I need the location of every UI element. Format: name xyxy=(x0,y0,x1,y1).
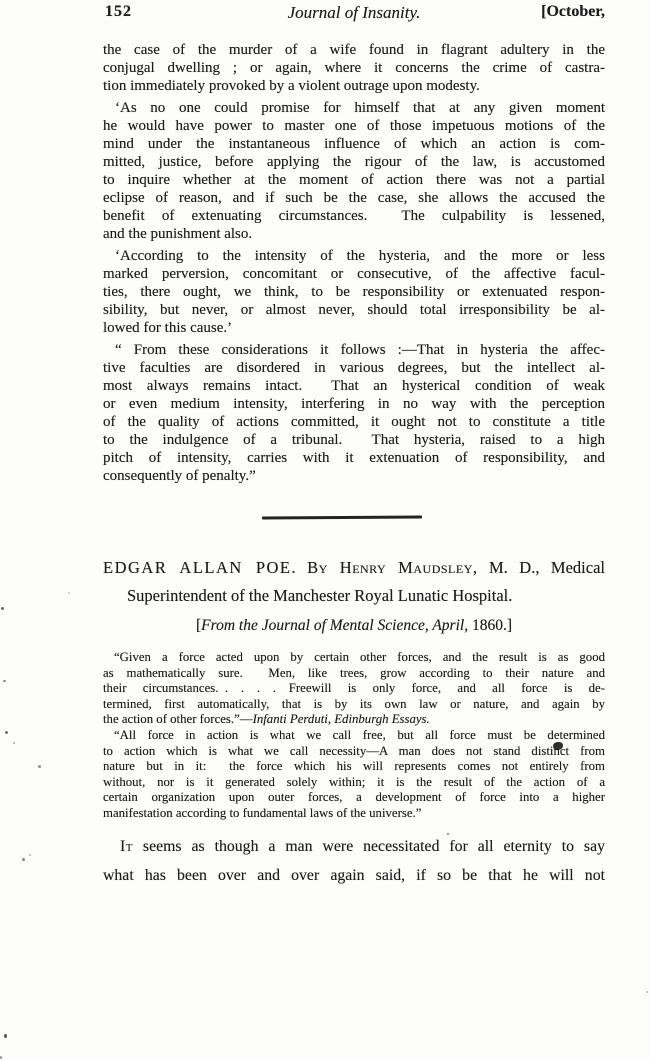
text-line: to action which is what we call necessit… xyxy=(103,744,605,760)
paragraph: “ From these considerations it follows :… xyxy=(103,341,605,485)
text-line: most always remains intact. That an hyst… xyxy=(103,377,605,395)
text-line: “All force in action is what we call fre… xyxy=(103,728,605,744)
text-line: manifestation according to fundamental l… xyxy=(103,806,605,822)
epigraph: “All force in action is what we call fre… xyxy=(103,728,605,822)
text-line: nature but in it: the force which his wi… xyxy=(103,759,605,775)
text-line: marked perversion, concomitant or consec… xyxy=(103,265,605,283)
text-line: mitted, justice, before applying the rig… xyxy=(103,153,605,171)
paragraph: ‘As no one could promise for himself tha… xyxy=(103,99,605,243)
text-line: pitch of intensity, carries with it exte… xyxy=(103,449,605,467)
body-text: the case of the murder of a wife found i… xyxy=(103,41,605,485)
paragraph: ‘According to the intensity of the hyste… xyxy=(103,247,605,337)
text-line: the action of other forces.”—Infanti Per… xyxy=(103,712,605,728)
text-line: lowed for this cause.’ xyxy=(103,319,605,337)
article-opening-paragraph: It seems as though a man were necessitat… xyxy=(103,832,605,890)
text-line: consequently of penalty.” xyxy=(103,467,605,485)
text-line: “Given a force acted upon by certain oth… xyxy=(103,650,605,666)
scan-speck xyxy=(4,1034,7,1038)
scanned-journal-page: 152 Journal of Insanity. [October, the c… xyxy=(0,0,650,1060)
article-byline-degrees: M. D., Medical xyxy=(489,558,605,577)
text-line: sibility, but never, or almost never, sh… xyxy=(103,301,605,319)
running-header: 152 Journal of Insanity. [October, xyxy=(103,3,605,25)
citation-date: 1860.] xyxy=(468,617,512,634)
scan-speck xyxy=(1,607,4,610)
text-line: “ From these considerations it follows :… xyxy=(103,341,605,359)
scan-speck xyxy=(5,731,8,734)
text-line: termined, first automatically, that is b… xyxy=(103,697,605,713)
source-citation: [From the Journal of Mental Science, Apr… xyxy=(103,617,605,635)
text-line: certain organization upon outer forces, … xyxy=(103,790,605,806)
scan-speck xyxy=(447,833,449,835)
text-line: their circumstances. . . . . Freewill is… xyxy=(103,681,605,697)
scan-speck xyxy=(22,858,25,861)
text-line: conjugal dwelling ; or again, where it c… xyxy=(103,59,605,77)
text-line: without, nor is it generated solely with… xyxy=(103,775,605,791)
scan-speck xyxy=(13,742,15,744)
epigraph: “Given a force acted upon by certain oth… xyxy=(103,650,605,728)
text-line: what has been over and over again said, … xyxy=(103,861,605,890)
article-byline: By Henry Maudsley, xyxy=(307,558,477,577)
text-line: the case of the murder of a wife found i… xyxy=(103,41,605,59)
epigraph-text: the action of other forces.”— xyxy=(103,712,253,726)
article-title: EDGAR ALLAN POE. xyxy=(103,558,297,577)
text-line: ‘According to the intensity of the hyste… xyxy=(103,247,605,265)
text-line: of the quality of actions committed, it … xyxy=(103,413,605,431)
scan-speck xyxy=(0,1056,2,1059)
scan-speck xyxy=(646,991,648,993)
epigraphs: “Given a force acted upon by certain oth… xyxy=(103,650,605,822)
text-line: ‘As no one could promise for himself tha… xyxy=(103,99,605,117)
issue-label: [October, xyxy=(541,3,605,21)
text-line: to the indulgence of a tribunal. That hy… xyxy=(103,431,605,449)
scan-speck xyxy=(38,765,41,768)
citation-source: From the Journal of Mental Science, Apri… xyxy=(201,617,468,634)
article-title-line2: Superintendent of the Manchester Royal L… xyxy=(103,582,605,610)
text-line: It seems as though a man were necessitat… xyxy=(103,832,605,861)
scan-speck xyxy=(3,680,6,682)
text-line: as mathematically sure. Men, like trees,… xyxy=(103,666,605,682)
text-line: ties, there ought, we think, to be respo… xyxy=(103,283,605,301)
article-title-line: EDGAR ALLAN POE.By Henry Maudsley, M. D.… xyxy=(103,554,605,582)
text-line: or even medium intensity, interfering in… xyxy=(103,395,605,413)
scan-speck xyxy=(68,592,70,594)
scan-speck xyxy=(29,854,31,856)
paragraph: the case of the murder of a wife found i… xyxy=(103,41,605,95)
text-line: benefit of extenuating circumstances. Th… xyxy=(103,207,605,225)
section-divider-rule xyxy=(262,516,422,519)
text-line: and the punishment also. xyxy=(103,225,605,243)
text-line: eclipse of reason, and if such be the ca… xyxy=(103,189,605,207)
text-line: to inquire whether at the moment of acti… xyxy=(103,171,605,189)
text-line: tive faculties are disordered in various… xyxy=(103,359,605,377)
running-title: Journal of Insanity. xyxy=(103,3,605,23)
article-heading: EDGAR ALLAN POE.By Henry Maudsley, M. D.… xyxy=(103,554,605,610)
text-line: he would have power to master one of tho… xyxy=(103,117,605,135)
opening-line1: seems as though a man were necessitated … xyxy=(133,838,605,855)
epigraph-attribution: Infanti Perduti, Edinburgh Essays. xyxy=(253,712,430,726)
text-line: mind under the instantaneous influence o… xyxy=(103,135,605,153)
opening-first-word: It xyxy=(120,838,133,855)
text-line: tion immediately provoked by a violent o… xyxy=(103,77,605,95)
